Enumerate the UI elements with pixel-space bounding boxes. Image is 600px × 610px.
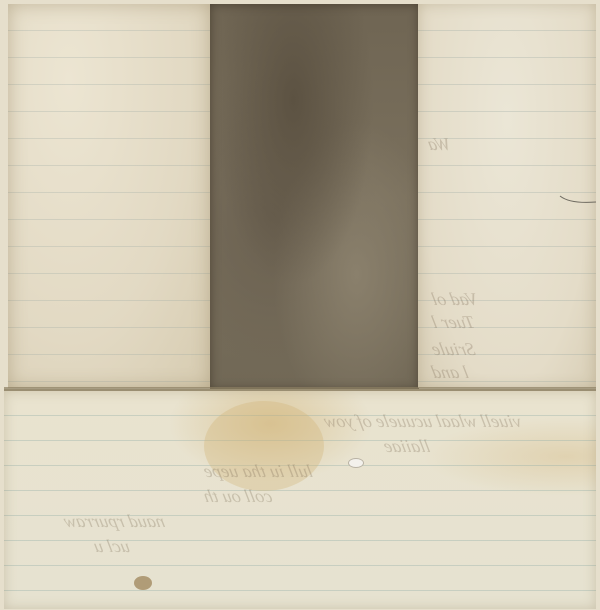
bleed-through-handwriting: viuell wlaal ucuuele of yow	[322, 411, 523, 432]
ink-stroke	[558, 194, 598, 206]
document-sheet: Wa Vad ol Tuer l Sriule l and viuell wla…	[0, 0, 600, 610]
bleed-through-handwriting: ucl u	[92, 536, 132, 557]
bleed-through-handwriting: Sriule	[430, 339, 477, 360]
bleed-through-handwriting: Tuer l	[430, 312, 477, 333]
paper-hole	[348, 458, 364, 468]
bleed-through-handwriting: llaiiae	[382, 436, 432, 457]
ink-blot	[134, 576, 152, 590]
bleed-through-handwriting: l and	[430, 362, 471, 383]
bleed-through-handwriting: Wa	[426, 134, 453, 155]
water-stain	[204, 401, 324, 491]
lower-paper-panel: viuell wlaal ucuuele of yow llaiiae lull…	[4, 389, 596, 609]
bleed-through-handwriting: Vad ol	[430, 289, 480, 310]
dark-stain-block	[210, 4, 419, 390]
bleed-through-handwriting: naud rpurraw	[62, 511, 167, 532]
upper-left-paper-panel	[8, 4, 211, 388]
upper-right-paper-panel: Wa Vad ol Tuer l Sriule l and	[418, 4, 596, 388]
